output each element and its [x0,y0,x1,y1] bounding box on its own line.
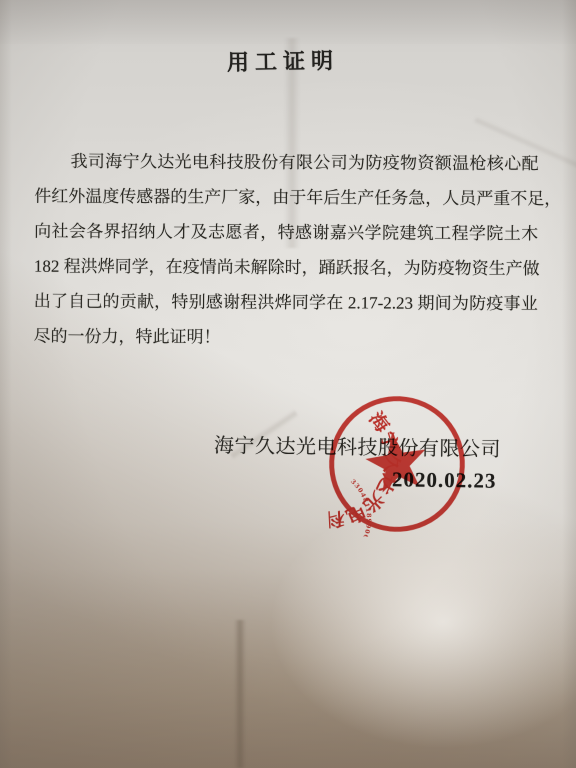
left-edge-shading [0,0,12,768]
company-seal-graphic: 海宁久达光电科技股份有限公司 3304811899066 [322,389,471,538]
body-line-6: 尽的一份力，特此证明！ [33,324,537,362]
top-fold-crease [0,0,576,44]
document-title: 用工证明 [0,40,571,81]
body-line-1: 我司海宁久达光电科技股份有限公司为防疫物资额温枪核心配 [34,149,538,187]
photo-vignette [0,0,576,768]
body-line-3: 向社会各界招纳人才及志愿者，特感谢嘉兴学院建筑工程学院土木 [34,219,538,257]
photo-of-document: 用工证明 我司海宁久达光电科技股份有限公司为防疫物资额温枪核心配 件红外温度传感… [0,0,576,768]
bottom-left-fold-shadow [0,0,576,768]
body-line-4: 182 程洪烨同学，在疫情尚未解除时，踊跃报名，为防疫物资生产做 [34,254,538,292]
body-line-2: 件红外温度传感器的生产厂家，由于年后生产任务急，人员严重不足， [34,184,538,222]
bottom-shadow [0,0,576,768]
document-body: 我司海宁久达光电科技股份有限公司为防疫物资额温枪核心配 件红外温度传感器的生产厂… [33,149,538,362]
lower-vertical-crease [234,620,246,768]
seal-ring-text: 海宁久达光电科技股份有限公司 [322,392,406,533]
company-seal: 海宁久达光电科技股份有限公司 3304811899066 [322,389,471,538]
right-edge-shading [562,0,576,768]
bottom-right-highlight [0,0,576,768]
body-line-5: 出了自己的贡献，特别感谢程洪烨同学在 2.17-2.23 期间为防疫事业 [34,289,538,327]
paper-sheen [0,0,576,768]
